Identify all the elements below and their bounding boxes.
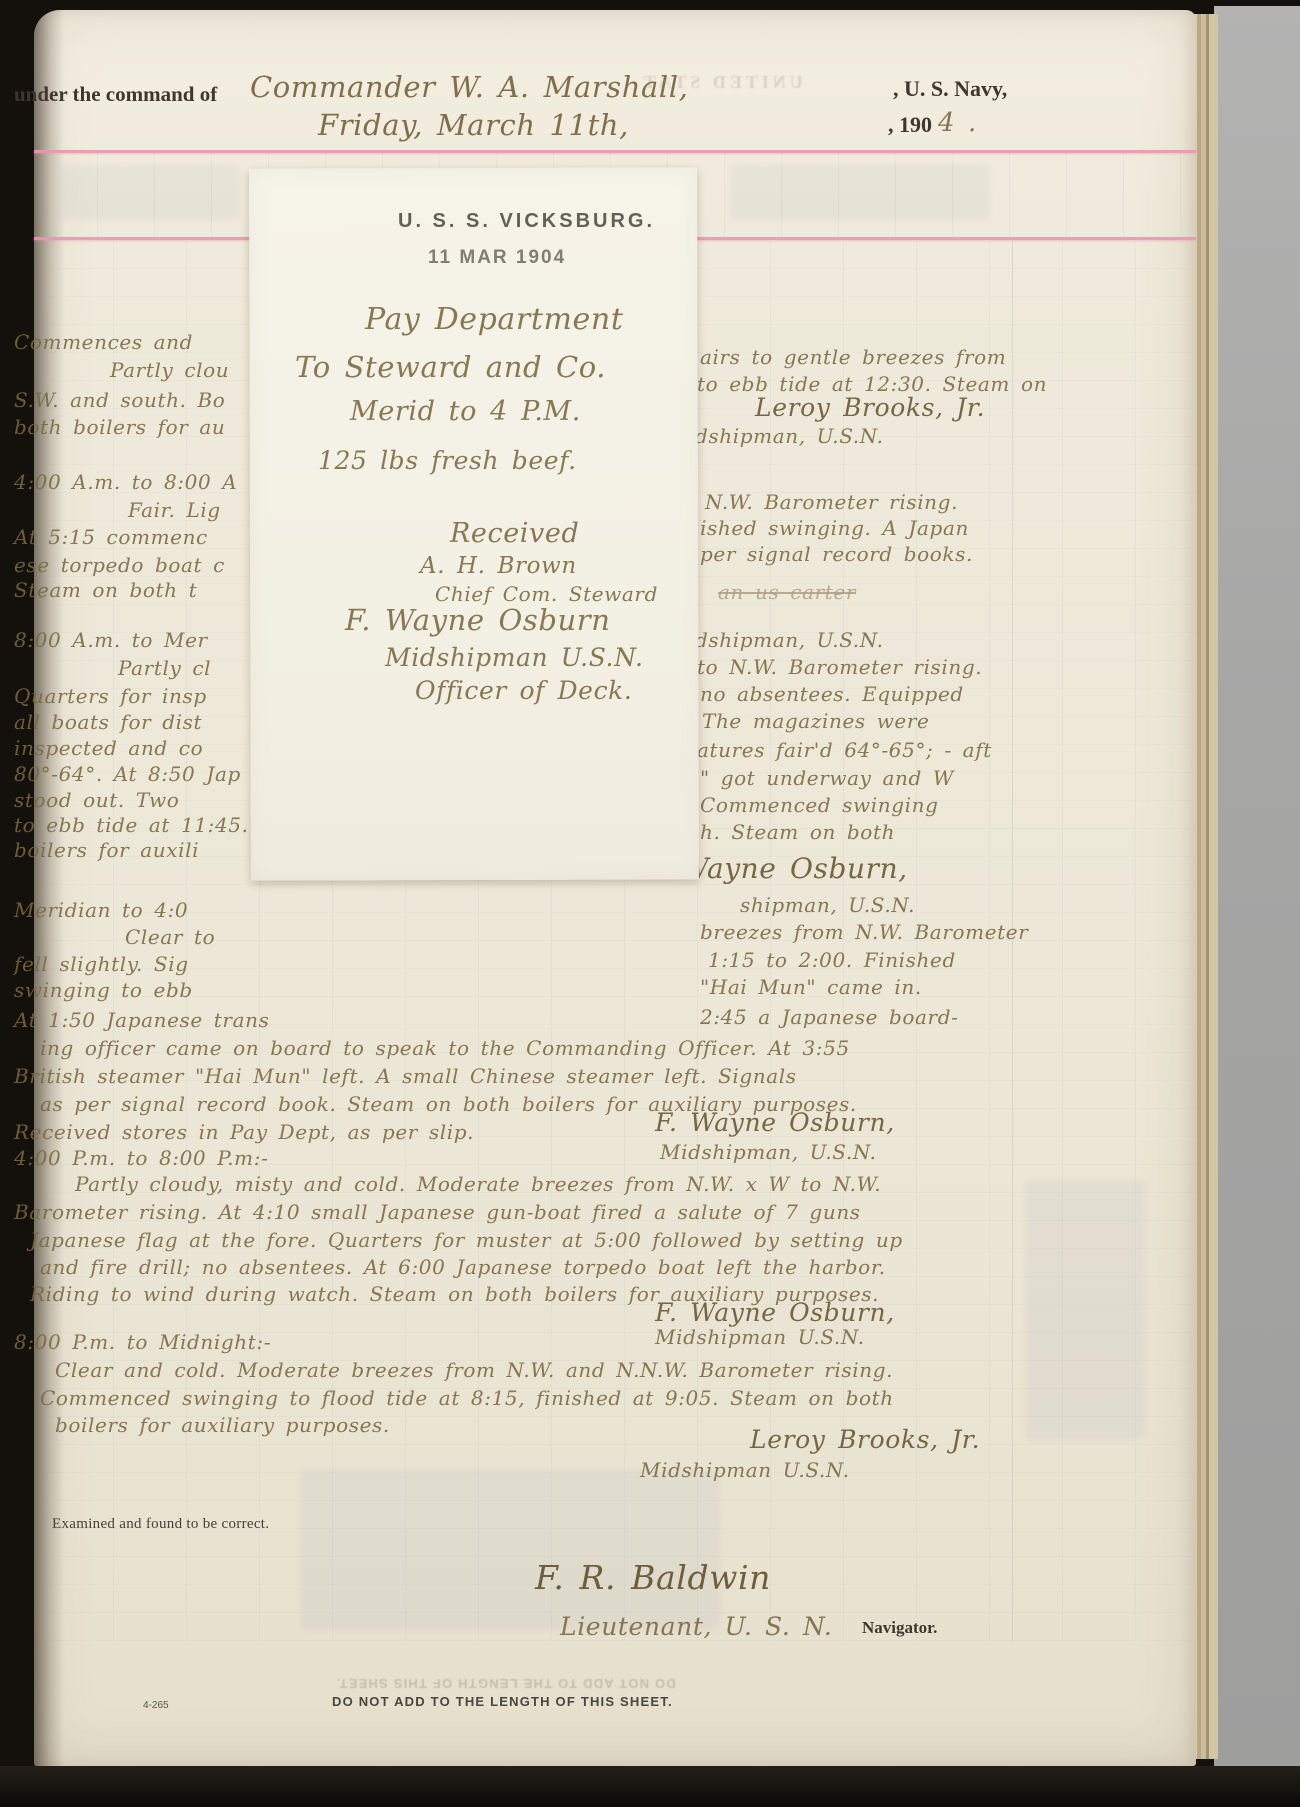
slip-line-merid: Merid to 4 P.M. [350, 396, 581, 427]
log-line: Partly cl [118, 656, 211, 680]
year-label-printed: , 190 [888, 112, 932, 138]
photo-background [1214, 6, 1300, 1774]
log-line: ese torpedo boat c [14, 553, 225, 577]
examined-correct-printed: Examined and found to be correct. [52, 1516, 269, 1533]
navy-label-printed: , U. S. Navy, [893, 76, 1007, 102]
log-line: and fire drill; no absentees. At 6:00 Ja… [40, 1255, 886, 1279]
form-number: 4-265 [143, 1700, 169, 1711]
do-not-add-notice: DO NOT ADD TO THE LENGTH OF THIS SHEET. [332, 1694, 673, 1709]
date-handwritten: Friday, March 11th, [318, 108, 629, 142]
log-line: ing officer came on board to speak to th… [40, 1036, 850, 1060]
signature-osburn: F. Wayne Osburn, [655, 1298, 895, 1327]
log-watch-header: 8:00 A.m. to Mer [14, 628, 208, 652]
log-line: Midshipman U.S.N. [640, 1458, 850, 1482]
log-line: 80°-64°. At 8:50 Jap [14, 762, 241, 786]
log-line: At 5:15 commenc [14, 525, 208, 549]
navigator-label-printed: Navigator. [862, 1618, 937, 1638]
log-watch-header: 8:00 P.m. to Midnight:- [14, 1330, 271, 1354]
log-line: Steam on both t [14, 578, 197, 602]
slip-signature-osburn: F. Wayne Osburn [345, 603, 611, 637]
crossed-out-text: an us carter [718, 580, 856, 604]
log-line: Japanese flag at the fore. Quarters for … [30, 1228, 903, 1252]
log-line: The magazines were [702, 709, 929, 733]
command-label-printed: under the command of [14, 82, 217, 107]
signature-brooks: Leroy Brooks, Jr. [755, 393, 985, 422]
slip-line-to-steward: To Steward and Co. [295, 350, 606, 384]
slip-line-midshipman: Midshipman U.S.N. [385, 643, 644, 672]
log-line: Midshipman U.S.N. [655, 1325, 865, 1349]
log-line: swinging to ebb [14, 978, 193, 1002]
log-line: boilers for auxiliary purposes. [55, 1413, 390, 1437]
log-line: ished swinging. A Japan [700, 516, 969, 540]
commander-name-handwritten: Commander W. A. Marshall, [250, 70, 688, 104]
log-line: boilers for auxili [14, 838, 199, 862]
numbers-showthrough-smudge [1025, 1180, 1145, 1440]
stamp-date: 11 MAR 1904 [428, 247, 566, 269]
log-line: Quarters for insp [14, 684, 207, 708]
log-line: At 1:50 Japanese trans [14, 1008, 269, 1032]
log-line: shipman, U.S.N. [740, 893, 915, 917]
slip-line-received: Received [450, 518, 579, 549]
slip-line-officer-of-deck: Officer of Deck. [415, 676, 632, 705]
log-line: S.W. and south. Bo [14, 388, 225, 412]
log-line: no absentees. Equipped [700, 682, 964, 706]
log-line: N.W. Barometer rising. [705, 490, 958, 514]
log-line: Commences and [14, 330, 193, 354]
footer-showthrough-ghost: DO NOT ADD TO THE LENGTH OF THIS SHEET. [335, 1676, 676, 1691]
writing-showthrough-smudge [300, 1470, 720, 1630]
log-line: atures fair'd 64°-65°; - aft [697, 738, 992, 762]
log-line: " got underway and W [700, 766, 954, 790]
log-line: Received stores in Pay Dept, as per slip… [14, 1120, 474, 1144]
log-watch-header: Meridian to 4:0 [14, 898, 188, 922]
log-line: Partly cloudy, misty and cold. Moderate … [75, 1172, 881, 1196]
year-digit-handwritten: 4 . [938, 108, 977, 138]
slip-line-brown: A. H. Brown [420, 553, 577, 579]
log-line: idshipman, U.S.N. [688, 628, 884, 652]
log-line: h. Steam on both [700, 820, 895, 844]
log-line: fell slightly. Sig [14, 952, 189, 976]
photo-bottom-edge [0, 1766, 1300, 1807]
log-watch-header: 4:00 P.m. to 8:00 P.m:- [14, 1146, 268, 1170]
log-line: Barometer rising. At 4:10 small Japanese… [14, 1200, 861, 1224]
log-line: inspected and co [14, 736, 203, 760]
ship-stamp: U. S. S. VICKSBURG. [398, 210, 655, 233]
signature-osburn: Wayne Osburn, [680, 852, 908, 885]
signature-osburn: F. Wayne Osburn, [655, 1108, 895, 1137]
log-line: Clear to [125, 925, 215, 949]
log-line: Midshipman, U.S.N. [660, 1140, 877, 1164]
header-showthrough-smudge [60, 165, 240, 220]
log-line: Fair. Lig [128, 498, 221, 522]
log-line: per signal record books. [700, 542, 973, 566]
log-line: 2:45 a Japanese board- [700, 1005, 958, 1029]
log-line: both boilers for au [14, 415, 225, 439]
log-line: airs to gentle breezes from [700, 345, 1006, 369]
log-line: Commenced swinging [700, 793, 939, 817]
signature-brooks: Leroy Brooks, Jr. [750, 1425, 980, 1454]
baldwin-rank: Lieutenant, U. S. N. [560, 1612, 832, 1641]
log-line: "Hai Mun" came in. [700, 975, 922, 999]
log-watch-header: 4:00 A.m. to 8:00 A [14, 470, 237, 494]
log-line: to ebb tide at 11:45. [14, 813, 249, 837]
log-line: all boats for dist [14, 710, 202, 734]
log-line: British steamer "Hai Mun" left. A small … [14, 1064, 797, 1088]
log-line: stood out. Two [14, 788, 179, 812]
log-line: breezes from N.W. Barometer [700, 920, 1028, 944]
log-line: Commenced swinging to flood tide at 8:15… [40, 1386, 894, 1410]
log-line: to N.W. Barometer rising. [697, 655, 982, 679]
header-showthrough-smudge [730, 165, 990, 220]
log-line: 1:15 to 2:00. Finished [708, 948, 956, 972]
signature-baldwin: F. R. Baldwin [535, 1558, 771, 1597]
log-line: Partly clou [110, 358, 229, 382]
log-line: Clear and cold. Moderate breezes from N.… [55, 1358, 893, 1382]
slip-line-beef: 125 lbs fresh beef. [318, 446, 577, 475]
slip-line-pay-department: Pay Department [365, 302, 623, 337]
log-line: idshipman, U.S.N. [688, 424, 884, 448]
showthrough-ghost-text: UNITED STAT [640, 72, 803, 93]
